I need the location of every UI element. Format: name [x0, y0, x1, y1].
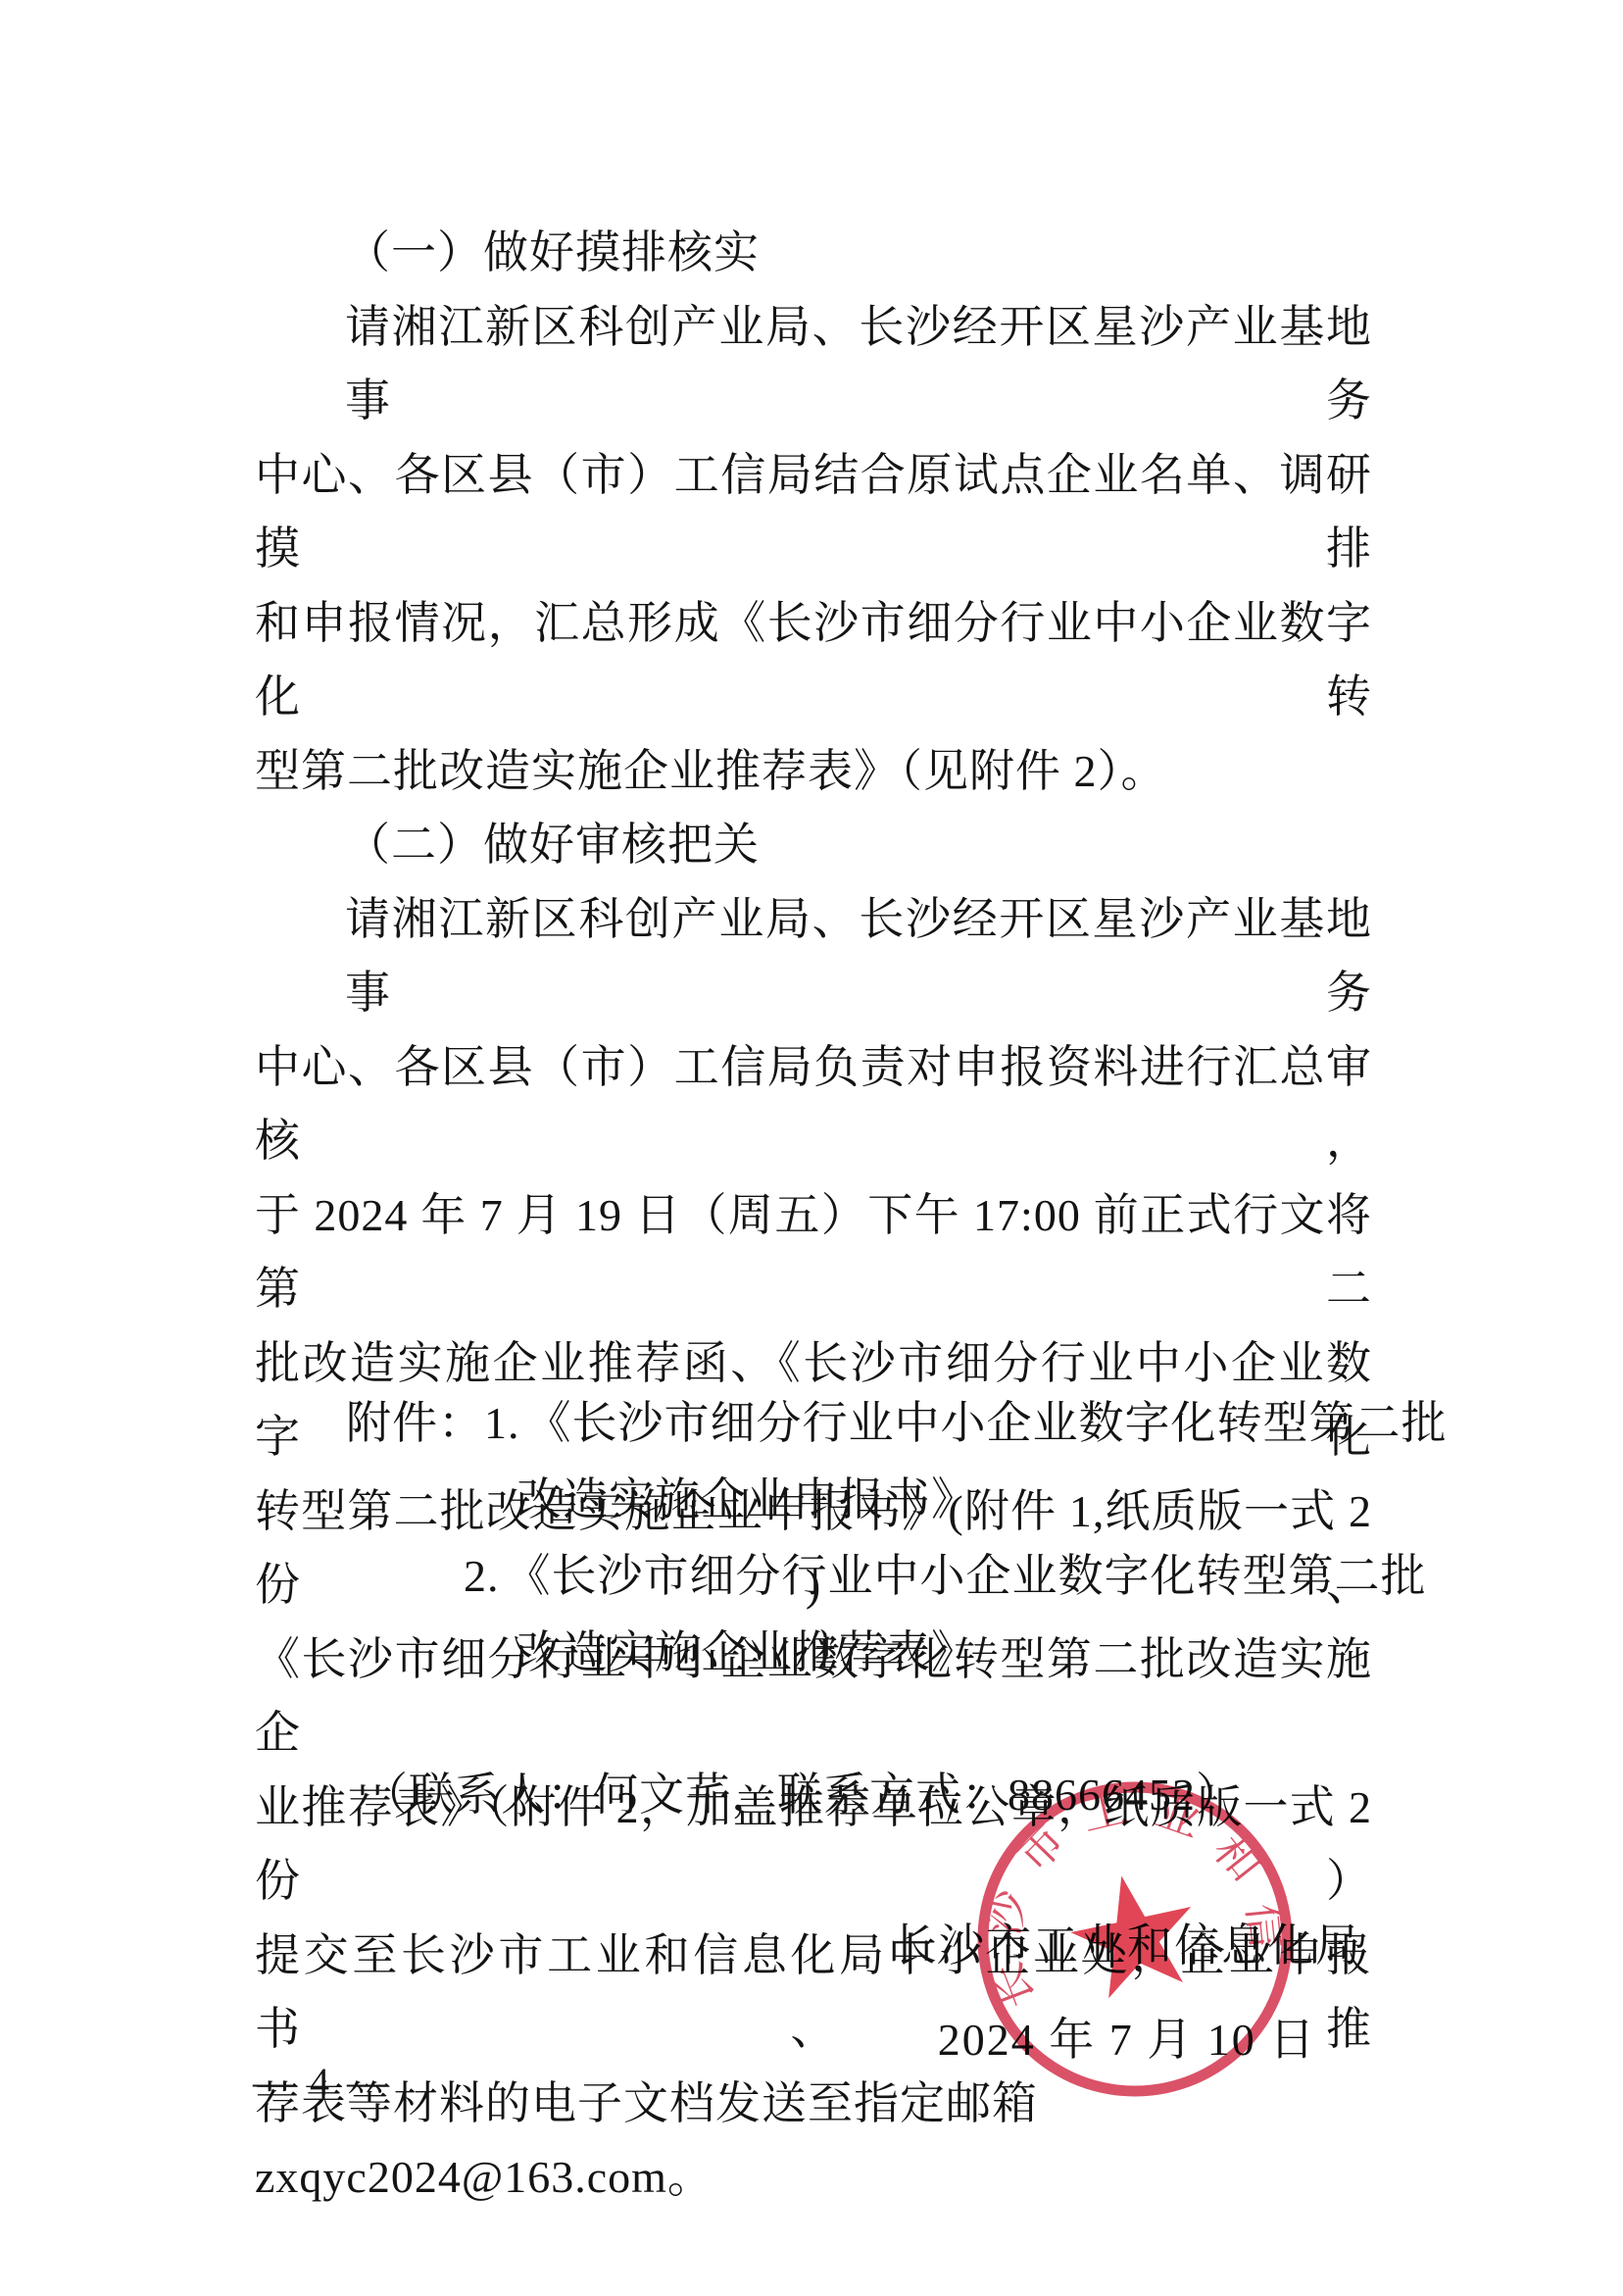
attachment-line-4: 改造实施企业推荐表》 [516, 1623, 977, 1682]
attachment-title: 《长沙市细分行业中小企业数字化转型第二批 [526, 1398, 1448, 1448]
attachment-title: 改造实施企业推荐表》 [516, 1627, 977, 1677]
attachment-number: 2. [464, 1551, 500, 1601]
issuing-authority: 长沙市工业和信息化局 [862, 1910, 1392, 1974]
body-line: 荐表等材料的电子文档发送至指定邮箱 zxqyc2024@163.com。 [255, 2067, 1372, 2215]
body-line: 中心、各区县（市）工信局负责对申报资料进行汇总审核， [255, 1030, 1372, 1178]
attachment-title: 《长沙市细分行业中小企业数字化转型第二批 [506, 1551, 1427, 1601]
body-line: 和申报情况，汇总形成《长沙市细分行业中小企业数字化转 [255, 586, 1372, 734]
signature-block: 长沙市工业和信息化局 2024 年 7 月 10 日 [862, 1910, 1392, 2069]
body-line: 于 2024 年 7 月 19 日（周五）下午 17:00 前正式行文将第二 [255, 1178, 1372, 1326]
body-line: 请湘江新区科创产业局、长沙经开区星沙产业基地事务 [255, 290, 1372, 438]
page-number: — 4 — [243, 2059, 400, 2105]
attachments-label: 附件： [346, 1398, 484, 1448]
document-page: （一）做好摸排核实 请湘江新区科创产业局、长沙经开区星沙产业基地事务 中心、各区… [0, 0, 1623, 2296]
issue-date: 2024 年 7 月 10 日 [862, 2004, 1392, 2069]
attachment-line-1: 附件：1.《长沙市细分行业中小企业数字化转型第二批 [346, 1394, 1448, 1453]
attachment-line-2: 改造实施企业申报书》 [516, 1471, 977, 1529]
body-line: 请湘江新区科创产业局、长沙经开区星沙产业基地事务 [255, 882, 1372, 1030]
contact-line: （联系人：何文芊，联系方式：88666452） [363, 1759, 1242, 1823]
body-line: 中心、各区县（市）工信局结合原试点企业名单、调研摸排 [255, 438, 1372, 586]
attachment-line-3: 2.《长沙市细分行业中小企业数字化转型第二批 [464, 1547, 1427, 1606]
attachment-number: 1. [484, 1398, 520, 1448]
section-heading-1: （一）做好摸排核实 [255, 216, 1372, 290]
section-heading-2: （二）做好审核把关 [255, 808, 1372, 882]
body-line: 型第二批改造实施企业推荐表》（见附件 2）。 [255, 734, 1372, 809]
attachment-title: 改造实施企业申报书》 [516, 1474, 977, 1524]
